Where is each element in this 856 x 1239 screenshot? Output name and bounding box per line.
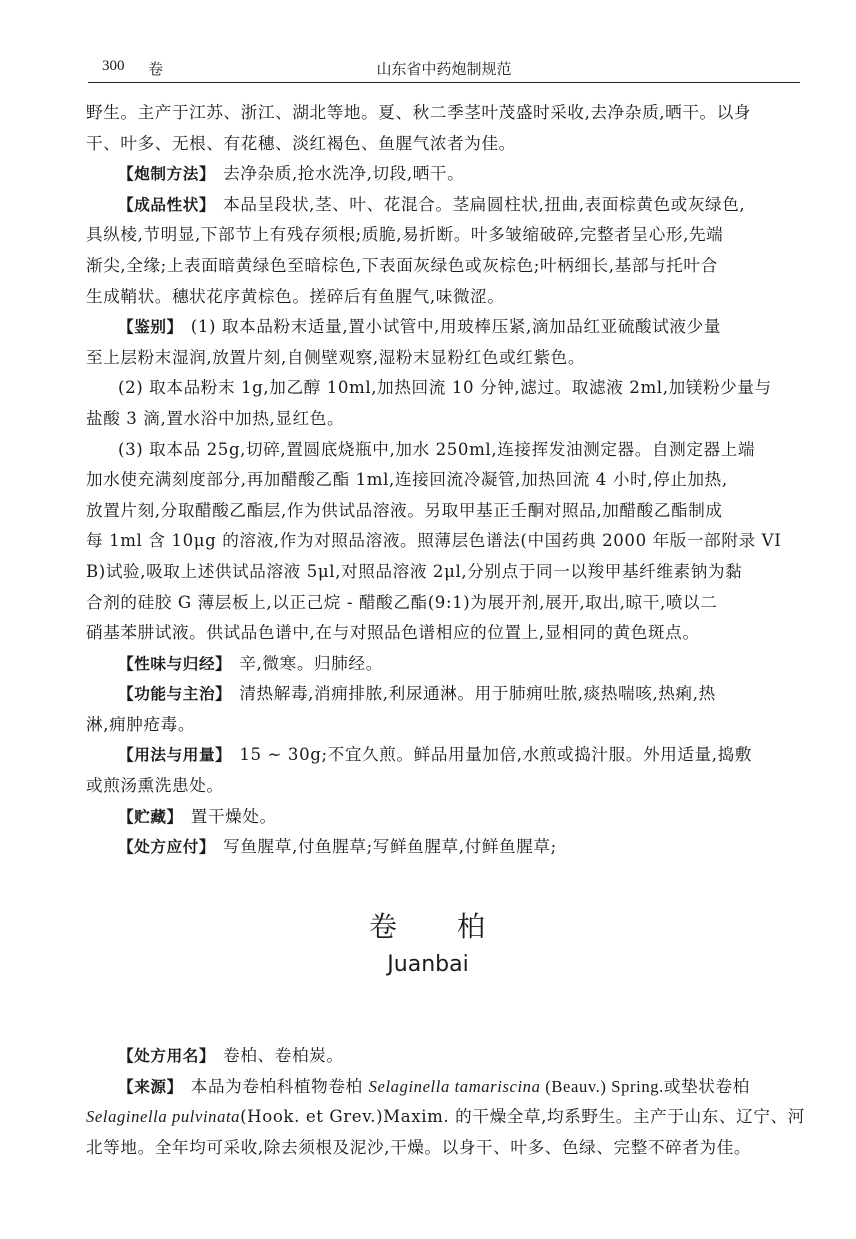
section-text: 写鱼腥草,付鱼腥草;写鲜鱼腥草,付鲜鱼腥草; xyxy=(223,837,557,856)
section-label: 【用法与用量】 xyxy=(118,746,231,764)
entry-title-char: 卷 xyxy=(369,910,399,943)
section-text: 置干燥处。 xyxy=(191,807,277,826)
section-label: 【性味与归经】 xyxy=(118,655,231,673)
text-line: 渐尖,全缘;上表面暗黄绿色至暗棕色,下表面灰绿色或灰棕色;叶柄细长,基部与托叶合 xyxy=(86,251,802,282)
function-section: 【功能与主治】清热解毒,消痈排脓,利尿通淋。用于肺痈吐脓,痰热喘咳,热痢,热 xyxy=(86,679,802,710)
text-line: B)试验,吸取上述供试品溶液 5μl,对照品溶液 2μl,分别点于同一以羧甲基纤… xyxy=(86,557,802,588)
section-label: 【贮藏】 xyxy=(118,808,183,826)
latin-name: Selaginella pulvinata xyxy=(86,1107,240,1126)
section-text: 15 ~ 30g;不宜久煎。鲜品用量加倍,水煎或捣汁服。外用适量,捣敷 xyxy=(239,745,752,764)
text-line: 干、叶多、无根、有花穗、淡红褐色、鱼腥气浓者为佳。 xyxy=(86,129,802,160)
text-line: 具纵棱,节明显,下部节上有残存须根;质脆,易折断。叶多皱缩破碎,完整者呈心形,先… xyxy=(86,220,802,251)
nature-section: 【性味与归经】辛,微寒。归肺经。 xyxy=(86,649,802,680)
text-line: Selaginella pulvinata(Hook. et Grev.)Max… xyxy=(86,1102,802,1133)
text-line: 盐酸 3 滴,置水浴中加热,显红色。 xyxy=(86,404,802,435)
book-title: 山东省中药炮制规范 xyxy=(88,58,800,79)
text-line: 至上层粉末湿润,放置片刻,自侧壁观察,湿粉末显粉红色或红紫色。 xyxy=(86,343,802,374)
section-label: 【成品性状】 xyxy=(118,196,215,214)
section-label: 【处方用名】 xyxy=(118,1047,215,1065)
usage-section: 【用法与用量】15 ~ 30g;不宜久煎。鲜品用量加倍,水煎或捣汁服。外用适量,… xyxy=(86,740,802,771)
identification-section: 【鉴别】(1) 取本品粉末适量,置小试管中,用玻棒压紧,滴加品红亚硫酸试液少量 xyxy=(86,312,802,343)
section-text: 本品为卷柏科植物卷柏 xyxy=(191,1077,369,1096)
section-label: 【处方应付】 xyxy=(118,838,215,856)
text-line: 淋,痈肿疮毒。 xyxy=(86,710,802,741)
prescription-names-section: 【处方用名】卷柏、卷柏炭。 xyxy=(86,1041,802,1072)
section-text: 卷柏、卷柏炭。 xyxy=(223,1046,343,1065)
section-label: 【鉴别】 xyxy=(118,318,183,336)
characteristics-section: 【成品性状】本品呈段状,茎、叶、花混合。茎扁圆柱状,扭曲,表面棕黄色或灰绿色, xyxy=(86,190,802,221)
section-label: 【来源】 xyxy=(118,1078,183,1096)
section-text: 清热解毒,消痈排脓,利尿通淋。用于肺痈吐脓,痰热喘咳,热痢,热 xyxy=(239,684,715,703)
entry-pinyin: Juanbai xyxy=(0,952,856,977)
entry-title: 卷柏 xyxy=(0,905,856,945)
new-entry-body: 【处方用名】卷柏、卷柏炭。 【来源】本品为卷柏科植物卷柏 Selaginella… xyxy=(86,1041,802,1163)
text-line: 每 1ml 含 10μg 的溶液,作为对照品溶液。照薄层色谱法(中国药典 200… xyxy=(86,526,802,557)
text-line: (3) 取本品 25g,切碎,置圆底烧瓶中,加水 250ml,连接挥发油测定器。… xyxy=(86,435,802,466)
continued-entry: 野生。主产于江苏、浙江、湖北等地。夏、秋二季茎叶茂盛时采收,去净杂质,晒干。以身… xyxy=(86,98,802,863)
processing-section: 【炮制方法】去净杂质,抢水洗净,切段,晒干。 xyxy=(86,159,802,190)
running-header: 300 卷 山东省中药炮制规范 xyxy=(88,56,800,82)
text-line: 野生。主产于江苏、浙江、湖北等地。夏、秋二季茎叶茂盛时采收,去净杂质,晒干。以身 xyxy=(86,98,802,129)
section-text: 本品呈段状,茎、叶、花混合。茎扁圆柱状,扭曲,表面棕黄色或灰绿色, xyxy=(223,195,745,214)
section-label: 【炮制方法】 xyxy=(118,165,215,183)
section-text: 去净杂质,抢水洗净,切段,晒干。 xyxy=(223,164,464,183)
text-line: 生成鞘状。穗状花序黄棕色。搓碎后有鱼腥气,味微涩。 xyxy=(86,282,802,313)
latin-name: Selaginella tamariscina xyxy=(369,1077,541,1096)
header-rule xyxy=(88,82,800,83)
text-line: 北等地。全年均可采收,除去须根及泥沙,干燥。以身干、叶多、色绿、完整不碎者为佳。 xyxy=(86,1133,802,1164)
text-line: (2) 取本品粉末 1g,加乙醇 10ml,加热回流 10 分钟,滤过。取滤液 … xyxy=(86,373,802,404)
text-line: 或煎汤熏洗患处。 xyxy=(86,771,802,802)
section-text: (Hook. et Grev.)Maxim. 的干燥全草,均系野生。主产于山东、… xyxy=(240,1107,805,1126)
text-line: 加水使充满刻度部分,再加醋酸乙酯 1ml,连接回流冷凝管,加热回流 4 小时,停… xyxy=(86,465,802,496)
entry-title-char: 柏 xyxy=(457,910,487,943)
text-line: 合剂的硅胶 G 薄层板上,以正己烷 - 醋酸乙酯(9:1)为展开剂,展开,取出,… xyxy=(86,588,802,619)
section-label: 【功能与主治】 xyxy=(118,685,231,703)
source-section: 【来源】本品为卷柏科植物卷柏 Selaginella tamariscina (… xyxy=(86,1072,802,1103)
storage-section: 【贮藏】置干燥处。 xyxy=(86,802,802,833)
section-text: 辛,微寒。归肺经。 xyxy=(239,654,382,673)
text-line: 硝基苯肼试液。供试品色谱中,在与对照品色谱相应的位置上,显相同的黄色斑点。 xyxy=(86,618,802,649)
text-line: 放置片刻,分取醋酸乙酯层,作为供试品溶液。另取甲基正壬酮对照品,加醋酸乙酯制成 xyxy=(86,496,802,527)
section-text: (1) 取本品粉末适量,置小试管中,用玻棒压紧,滴加品红亚硫酸试液少量 xyxy=(191,317,721,336)
prescription-section: 【处方应付】写鱼腥草,付鱼腥草;写鲜鱼腥草,付鲜鱼腥草; xyxy=(86,832,802,863)
section-text: (Beauv.) Spring.或垫状卷柏 xyxy=(540,1077,749,1096)
